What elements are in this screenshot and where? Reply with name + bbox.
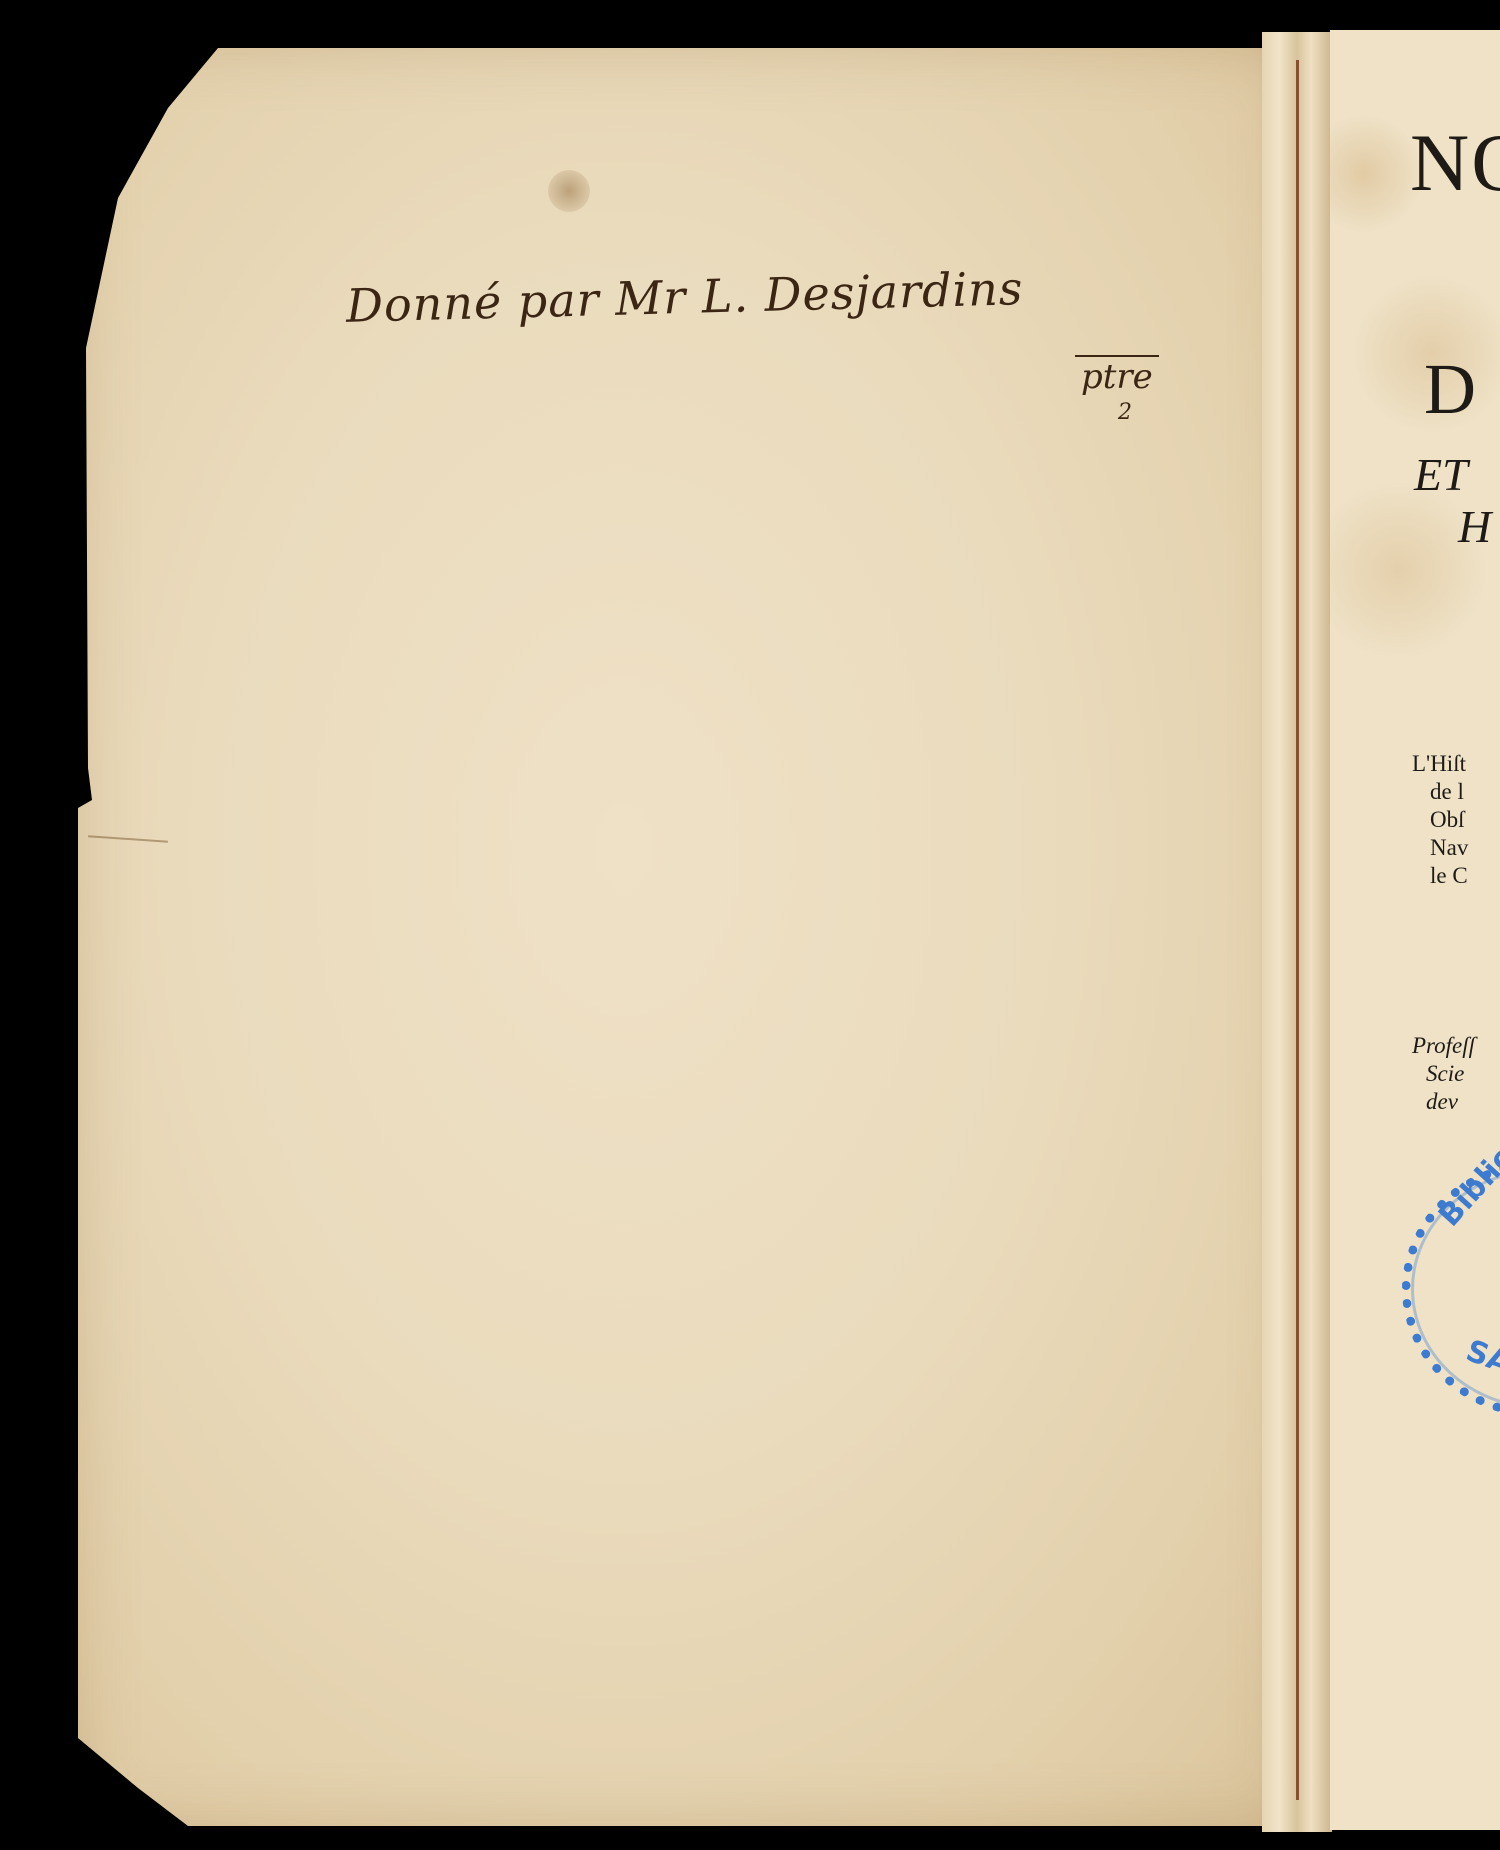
description-line: Nav: [1412, 834, 1468, 862]
description-line: Obſ: [1412, 806, 1468, 834]
right-title-page: NO D ET H L'Hiſt de l Obſ Nav le C Profe…: [1330, 30, 1500, 1830]
handwritten-abbreviation: ptre: [1075, 355, 1159, 397]
binding-thread: [1296, 60, 1299, 1800]
handwritten-abbreviation-sub: 2: [1118, 400, 1132, 425]
credentials-line: Scie: [1412, 1060, 1475, 1088]
title-italic-line-4: H: [1458, 500, 1491, 553]
description-block: L'Hiſt de l Obſ Nav le C: [1412, 750, 1468, 890]
description-line: de l: [1412, 778, 1468, 806]
edge-tear: [88, 835, 168, 843]
book-spread: Donné par Mr L. Desjardins ptre 2 NO D E…: [0, 0, 1500, 1850]
description-line: L'Hiſt: [1412, 750, 1468, 778]
foxing-stain: [548, 170, 590, 212]
description-line: le C: [1412, 862, 1468, 890]
author-credentials-block: Profeſſ Scie dev: [1412, 1032, 1475, 1116]
credentials-line: dev: [1412, 1088, 1475, 1116]
title-italic-line-3: ET: [1414, 448, 1468, 501]
title-line-2: D: [1424, 348, 1476, 431]
title-line-1: NO: [1410, 116, 1500, 210]
credentials-line: Profeſſ: [1412, 1032, 1475, 1060]
